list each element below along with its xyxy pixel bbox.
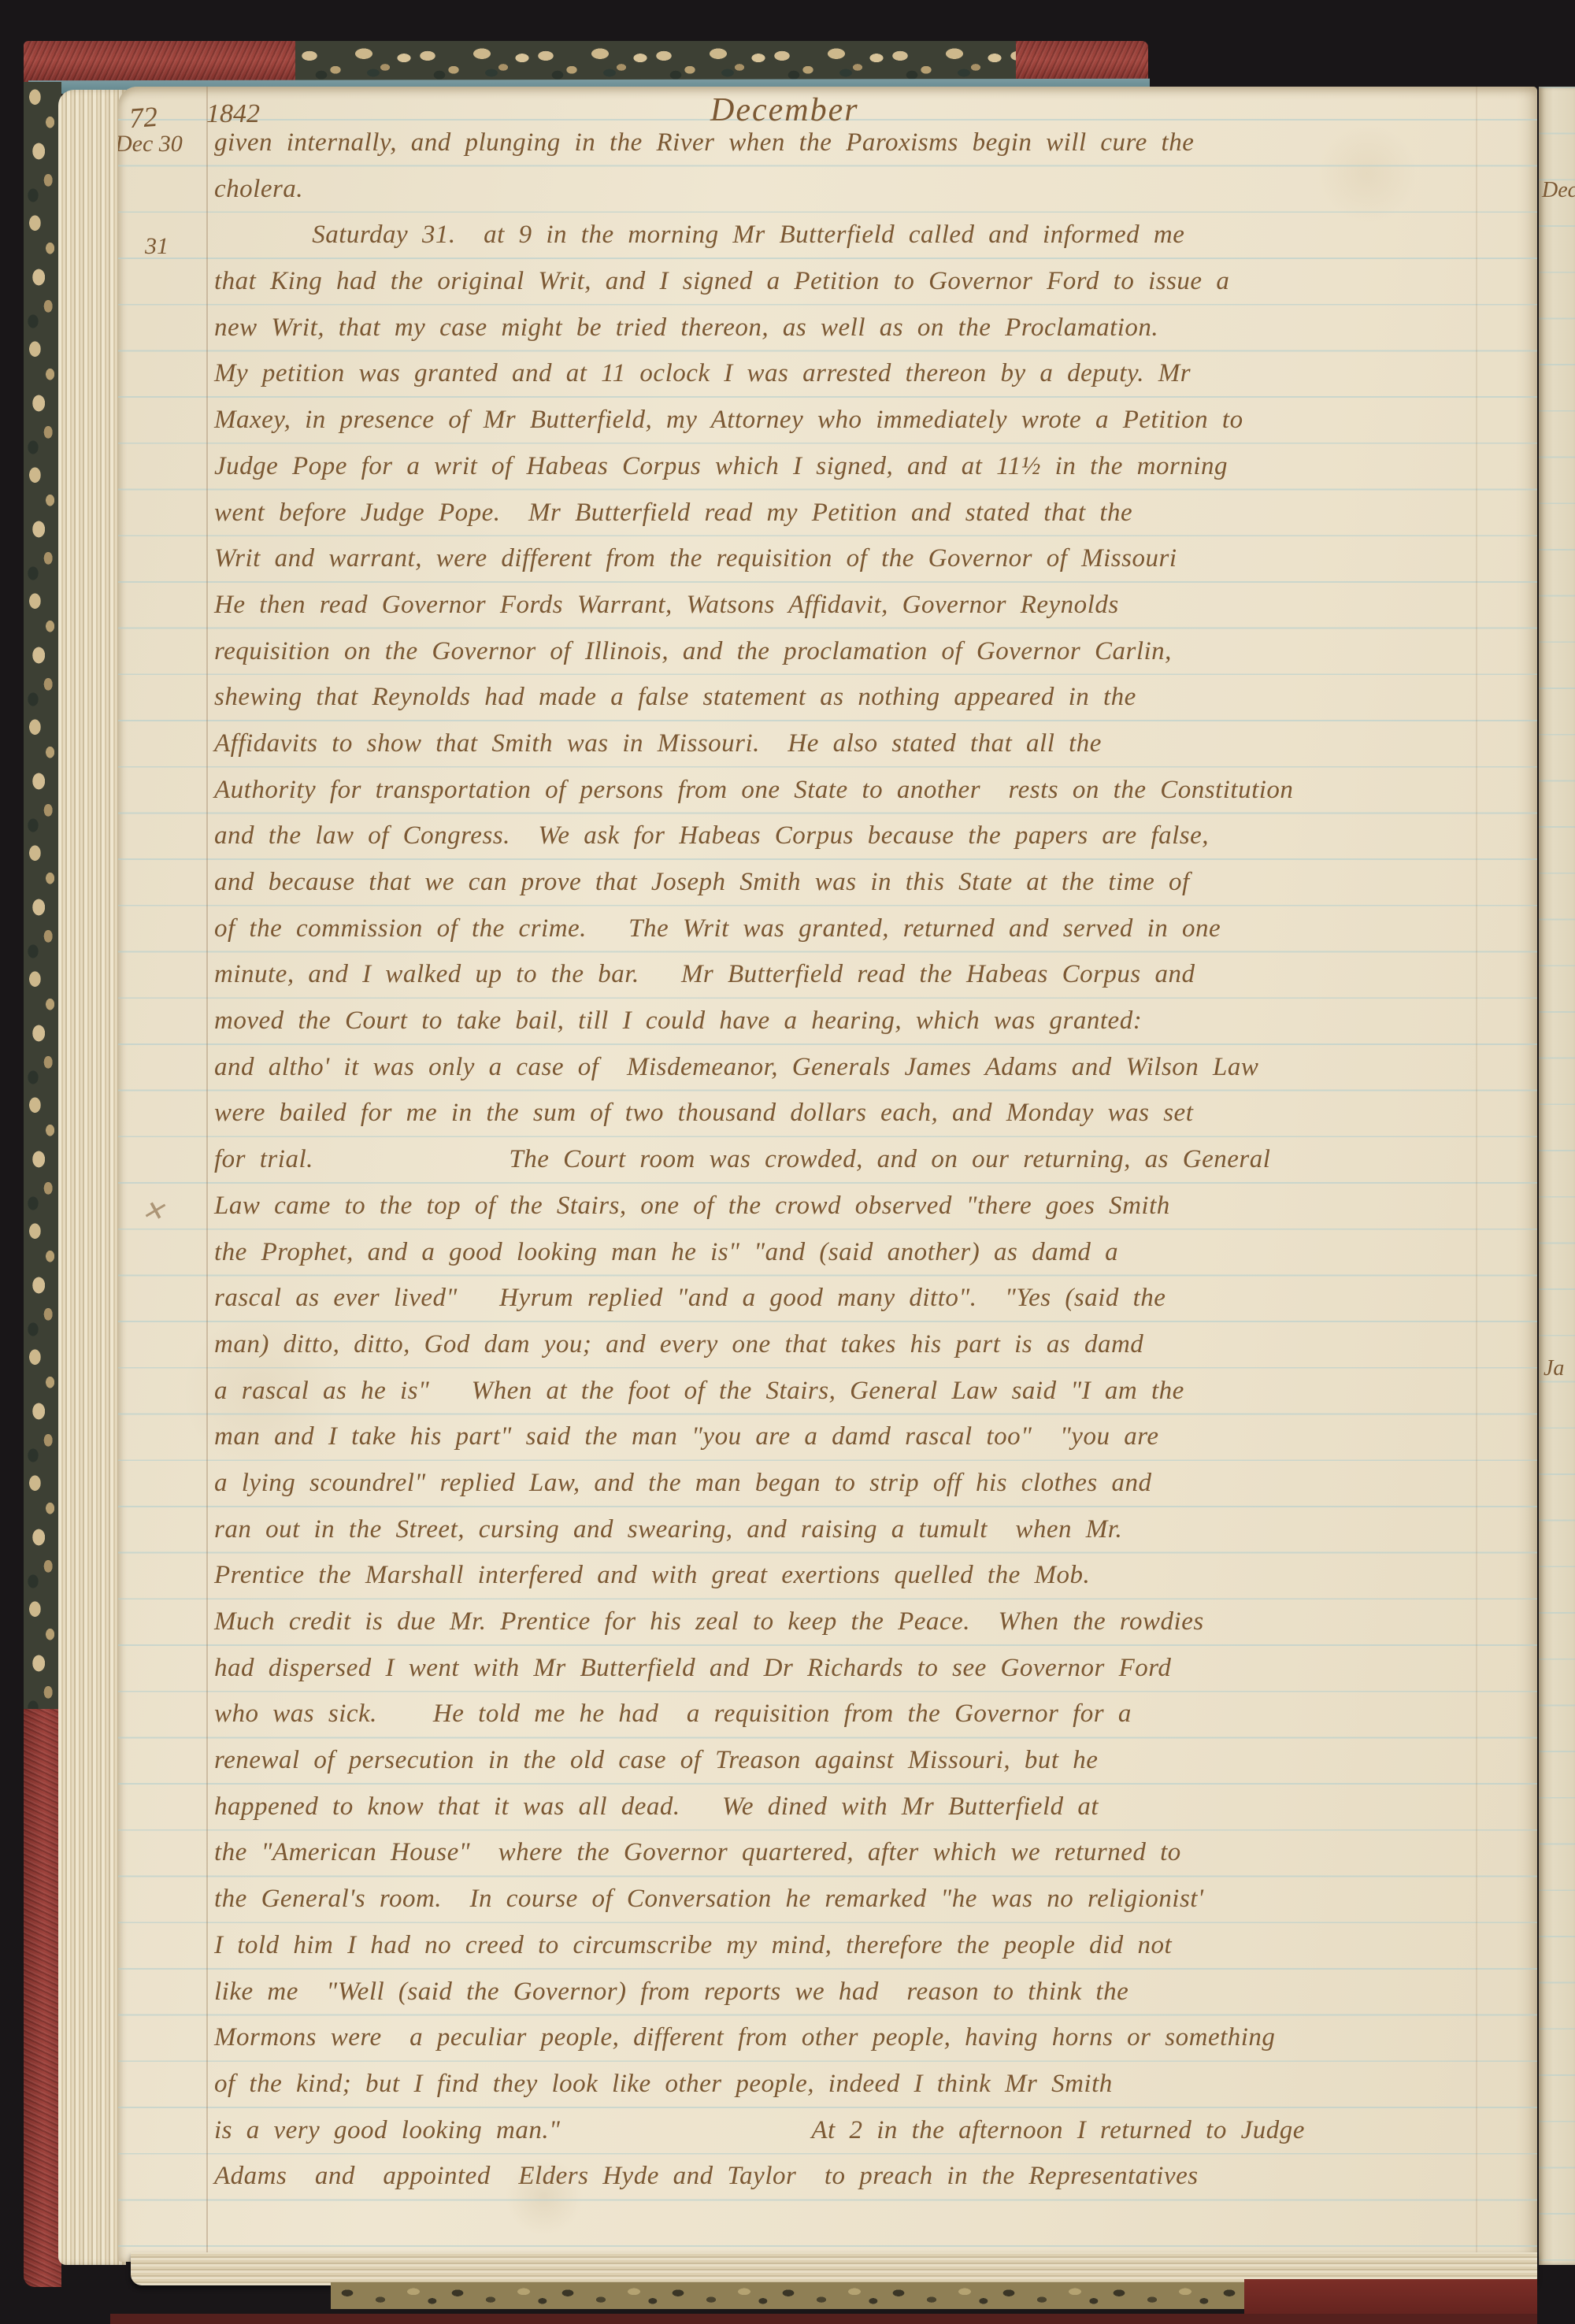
journal-line: ran out in the Street, cursing and swear…	[214, 1507, 1521, 1553]
journal-line: My petition was granted and at 11 oclock…	[214, 350, 1521, 397]
journal-line: Prentice the Marshall interfered and wit…	[214, 1552, 1521, 1599]
journal-line: Much credit is due Mr. Prentice for his …	[214, 1599, 1521, 1645]
margin-x-mark: ✕	[139, 1194, 166, 1229]
journal-text-block: given internally, and plunging in the Ri…	[214, 120, 1521, 2200]
journal-line: I told him I had no creed to circumscrib…	[214, 1922, 1521, 1969]
journal-line: and because that we can prove that Josep…	[214, 859, 1521, 906]
journal-line: and altho' it was only a case of Misdeme…	[214, 1044, 1521, 1091]
journal-line: man) ditto, ditto, God dam you; and ever…	[214, 1321, 1521, 1368]
journal-line: had dispersed I went with Mr Butterfield…	[214, 1645, 1521, 1692]
book-cover-top-edge	[24, 41, 1148, 83]
journal-line: of the kind; but I find they look like o…	[214, 2061, 1521, 2107]
page-number: 72	[128, 100, 159, 135]
journal-line: of the commission of the crime. The Writ…	[214, 906, 1521, 952]
journal-line: for trial. The Court room was crowded, a…	[214, 1136, 1521, 1183]
next-page-margin-note: Dec	[1542, 178, 1575, 203]
marbled-bottom-edge	[331, 2282, 1252, 2309]
red-leather-left	[24, 1709, 61, 2287]
journal-line: like me "Well (said the Governor) from r…	[214, 1969, 1521, 2015]
journal-line: happened to know that it was all dead. W…	[214, 1784, 1521, 1830]
journal-line: He then read Governor Fords Warrant, Wat…	[214, 582, 1521, 628]
left-margin-rule	[206, 87, 208, 2262]
journal-line: Mormons were a peculiar people, differen…	[214, 2015, 1521, 2061]
red-leather-edge-right	[1016, 41, 1148, 83]
journal-line: minute, and I walked up to the bar. Mr B…	[214, 951, 1521, 998]
journal-line: the General's room. In course of Convers…	[214, 1876, 1521, 1922]
journal-line: man and I take his part" said the man "y…	[214, 1414, 1521, 1460]
journal-line: were bailed for me in the sum of two tho…	[214, 1090, 1521, 1136]
journal-line: rascal as ever lived" Hyrum replied "and…	[214, 1275, 1521, 1321]
red-cover-bottom-strip	[110, 2314, 1537, 2324]
journal-line: Maxey, in presence of Mr Butterfield, my…	[214, 397, 1521, 443]
book-cover-left-edge	[24, 82, 61, 2287]
journal-line: Authority for transportation of persons …	[214, 767, 1521, 814]
journal-line: the "American House" where the Governor …	[214, 1829, 1521, 1876]
journal-line: who was sick. He told me he had a requis…	[214, 1691, 1521, 1737]
page-edges-stack-left	[58, 90, 126, 2265]
journal-line: renewal of persecution in the old case o…	[214, 1737, 1521, 1784]
journal-line: Saturday 31. at 9 in the morning Mr Butt…	[214, 212, 1521, 258]
journal-line: new Writ, that my case might be tried th…	[214, 305, 1521, 351]
margin-note-entry-day: 31	[145, 233, 169, 260]
journal-line: given internally, and plunging in the Ri…	[214, 120, 1521, 166]
journal-line: moved the Court to take bail, till I cou…	[214, 998, 1521, 1044]
journal-line: the Prophet, and a good looking man he i…	[214, 1229, 1521, 1276]
next-page-margin-note: Ja	[1543, 1356, 1564, 1381]
journal-line: is a very good looking man." At 2 in the…	[214, 2107, 1521, 2154]
marbled-cover-edge	[295, 41, 1016, 83]
marbled-cover-left	[24, 82, 61, 1709]
journal-line: and the law of Congress. We ask for Habe…	[214, 813, 1521, 859]
journal-line: a rascal as he is" When at the foot of t…	[214, 1368, 1521, 1414]
journal-line: Writ and warrant, were different from th…	[214, 536, 1521, 582]
journal-line: went before Judge Pope. Mr Butterfield r…	[214, 490, 1521, 536]
next-page-edge: Dec Ja	[1539, 87, 1575, 2265]
journal-line: Law came to the top of the Stairs, one o…	[214, 1183, 1521, 1229]
journal-line: shewing that Reynolds had made a false s…	[214, 674, 1521, 721]
scanned-journal-photo: { "document": { "kind": "handwritten jou…	[0, 0, 1575, 2324]
journal-line: Adams and appointed Elders Hyde and Tayl…	[214, 2153, 1521, 2200]
margin-note-date: Dec 30	[118, 131, 183, 158]
journal-line: Affidavits to show that Smith was in Mis…	[214, 721, 1521, 767]
journal-line: cholera.	[214, 166, 1521, 213]
journal-page: 72 1842 December Dec 30 31 ✕ given inter…	[118, 87, 1537, 2262]
journal-line: Judge Pope for a writ of Habeas Corpus w…	[214, 443, 1521, 490]
journal-line: a lying scoundrel" replied Law, and the …	[214, 1460, 1521, 1507]
journal-line: that King had the original Writ, and I s…	[214, 258, 1521, 305]
journal-line: requisition on the Governor of Illinois,…	[214, 628, 1521, 675]
red-leather-edge-left	[24, 41, 295, 83]
